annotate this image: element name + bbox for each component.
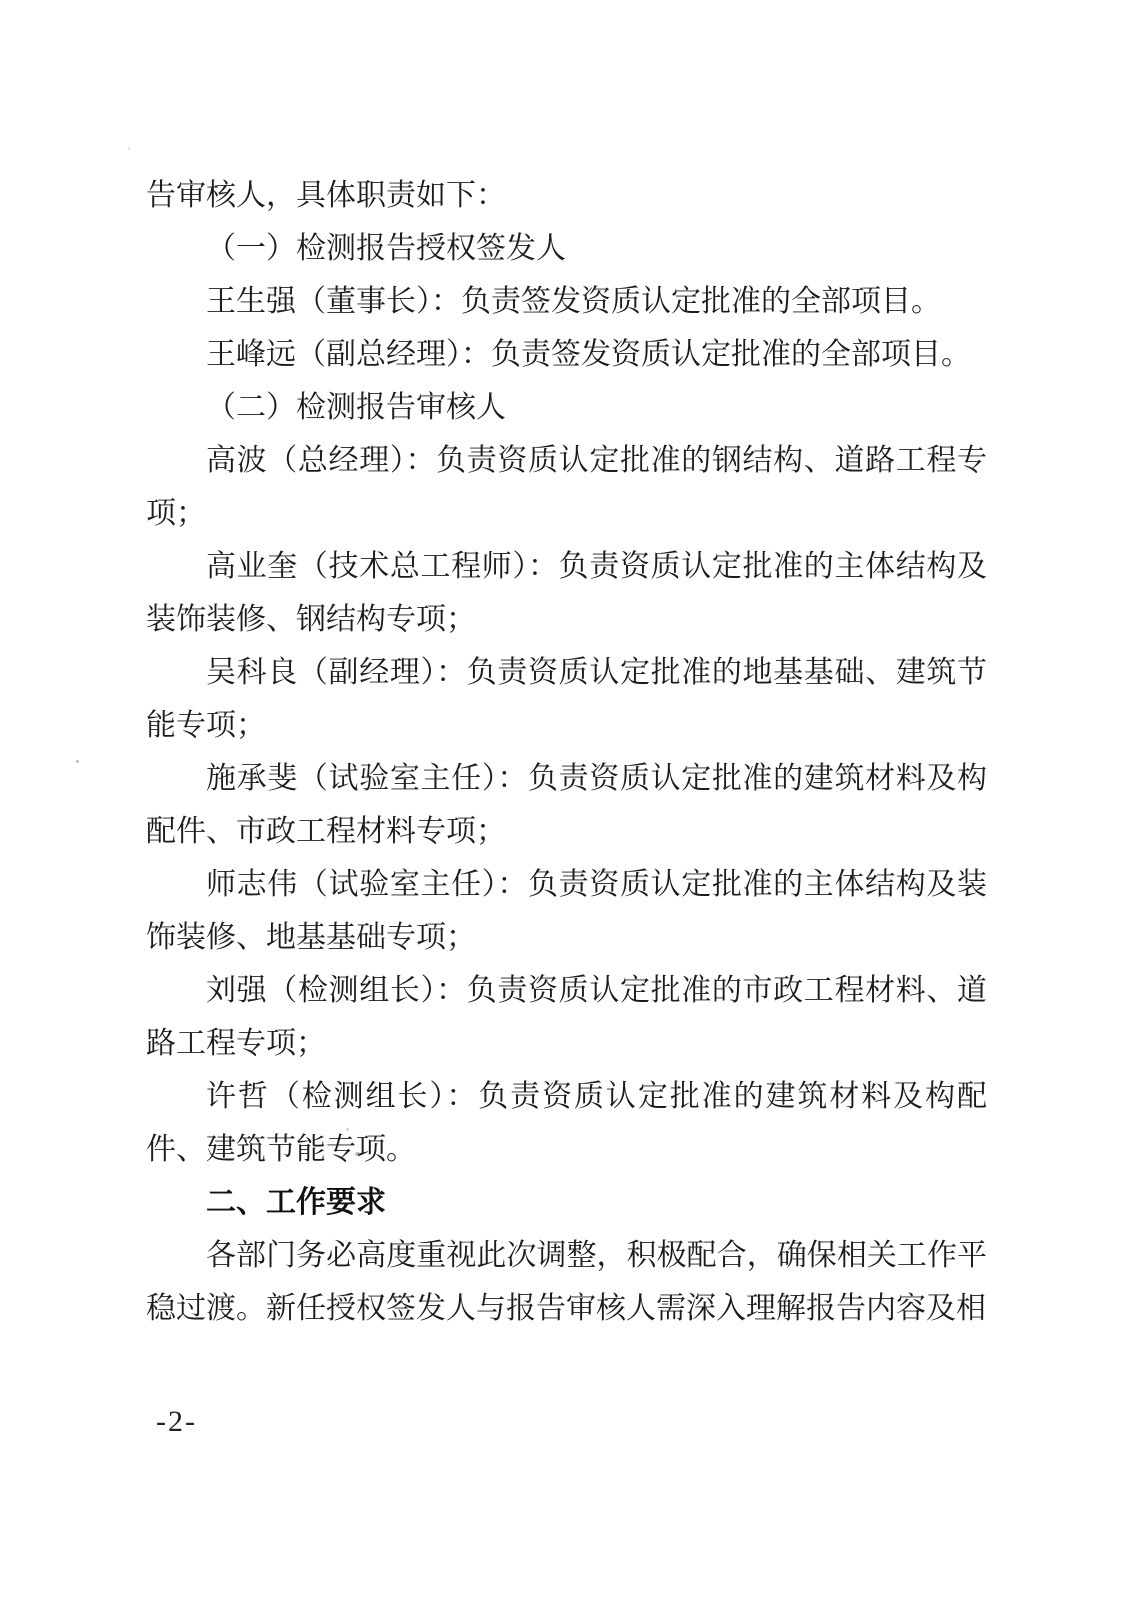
page-number-label: -2- xyxy=(156,1405,197,1439)
paragraph: 师志伟（试验室主任）：负责资质认定批准的主体结构及装饰装修、地基基础专项； xyxy=(146,858,987,964)
paragraph: 王峰远（副总经理）：负责签发资质认定批准的全部项目。 xyxy=(146,328,987,381)
paragraph: 高业奎（技术总工程师）：负责资质认定批准的主体结构及装饰装修、钢结构专项； xyxy=(146,540,987,646)
document-body: 告审核人，具体职责如下： （一）检测报告授权签发人 王生强（董事长）：负责签发资… xyxy=(146,169,987,1335)
paragraph: 各部门务必高度重视此次调整，积极配合，确保相关工作平稳过渡。新任授权签发人与报告… xyxy=(146,1229,987,1335)
section-heading-work-requirements: 二、工作要求 xyxy=(146,1176,987,1229)
scan-speck xyxy=(128,147,130,150)
paragraph-continuation: 告审核人，具体职责如下： xyxy=(146,169,987,222)
scan-speck xyxy=(76,760,79,763)
paragraph: 施承斐（试验室主任）：负责资质认定批准的建筑材料及构配件、市政工程材料专项； xyxy=(146,752,987,858)
document-page: 告审核人，具体职责如下： （一）检测报告授权签发人 王生强（董事长）：负责签发资… xyxy=(0,0,1133,1600)
scan-speck xyxy=(346,1128,349,1131)
section-heading-1: （一）检测报告授权签发人 xyxy=(146,222,987,275)
paragraph: 吴科良（副经理）：负责资质认定批准的地基基础、建筑节能专项； xyxy=(146,646,987,752)
scan-speck xyxy=(355,1152,360,1156)
section-heading-2: （二）检测报告审核人 xyxy=(146,381,987,434)
paragraph: 刘强（检测组长）：负责资质认定批准的市政工程材料、道路工程专项； xyxy=(146,964,987,1070)
paragraph: 王生强（董事长）：负责签发资质认定批准的全部项目。 xyxy=(146,275,987,328)
paragraph: 高波（总经理）：负责资质认定批准的钢结构、道路工程专项； xyxy=(146,434,987,540)
paragraph: 许哲（检测组长）：负责资质认定批准的建筑材料及构配件、建筑节能专项。 xyxy=(146,1070,987,1176)
